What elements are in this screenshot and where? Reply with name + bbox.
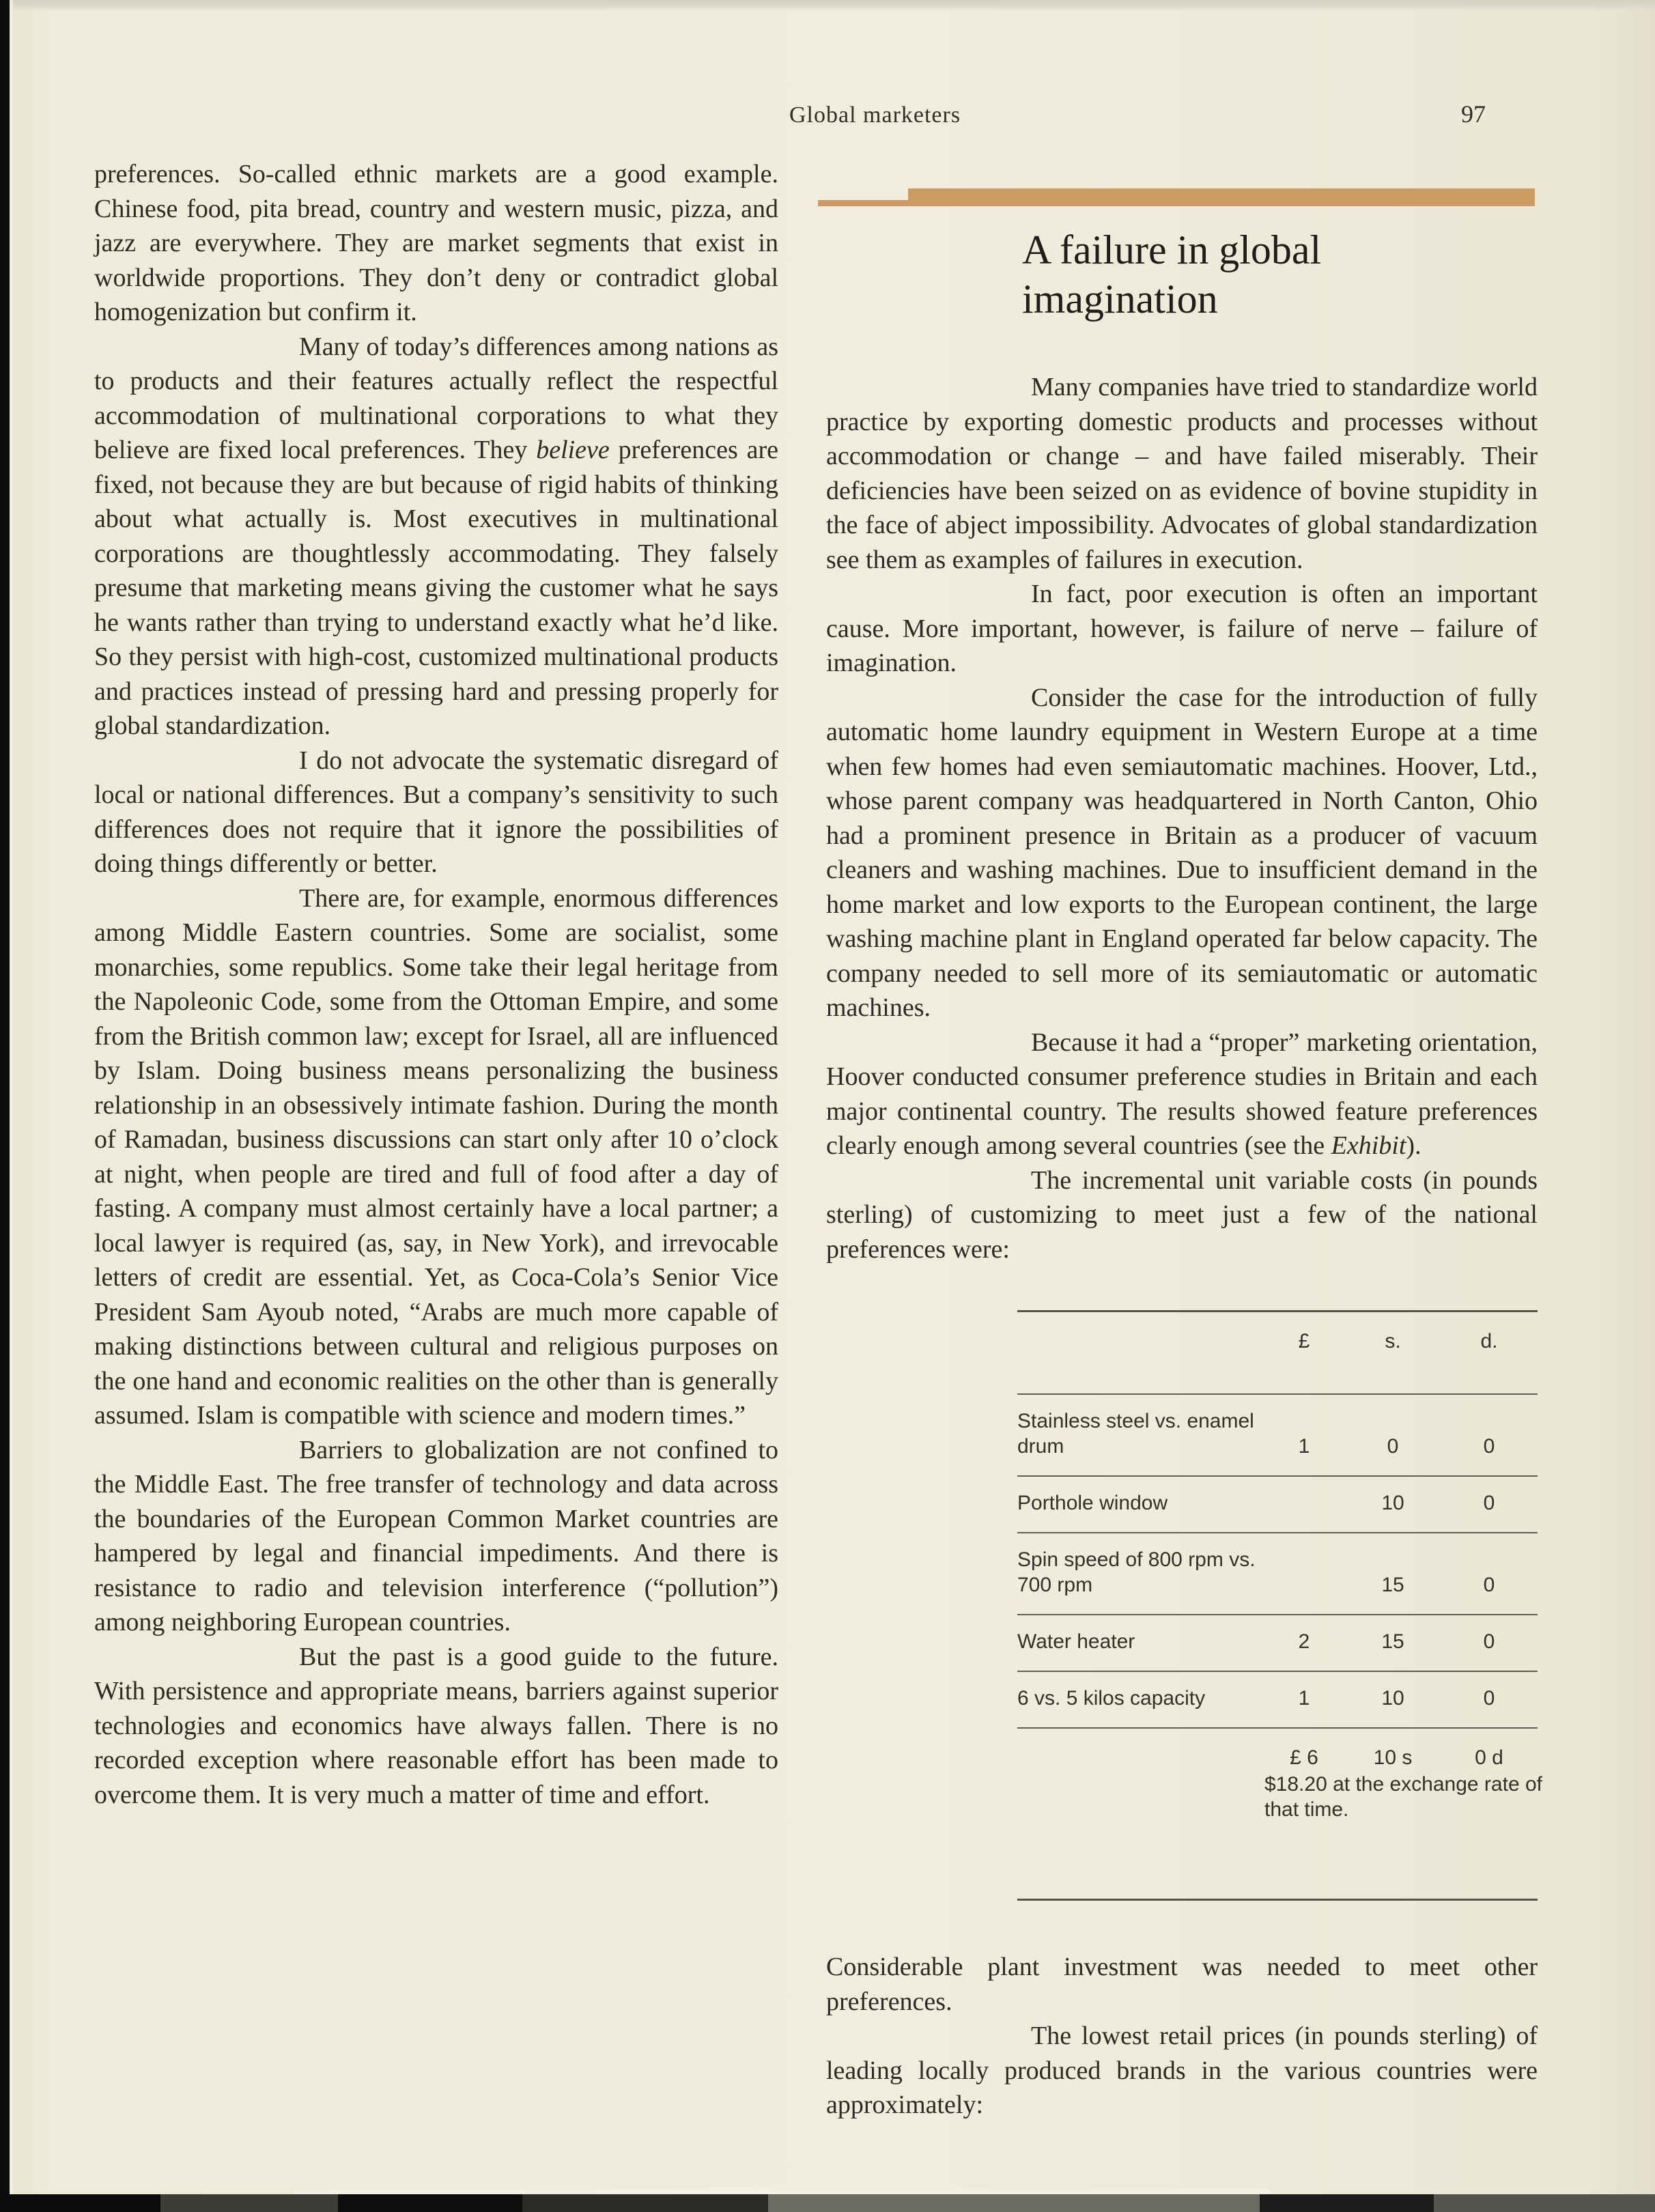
- row-label: Spin speed of 800 rpm vs. 700 rpm: [1017, 1547, 1263, 1598]
- shillings-cell: 0: [1345, 1434, 1441, 1459]
- table-footer: £ 6 10 s 0 d $18.20 at the exchange rate…: [1017, 1727, 1538, 1822]
- table-rows: Stainless steel vs. enamel drum100Portho…: [1017, 1393, 1538, 1727]
- scan-left-edge: [0, 0, 10, 2212]
- table-row: Porthole window100: [1017, 1475, 1538, 1532]
- total-pounds: £ 6: [1263, 1745, 1345, 1770]
- shillings-cell: 15: [1345, 1629, 1441, 1654]
- total-shillings: 10 s: [1345, 1745, 1441, 1770]
- shillings-cell: 10: [1345, 1686, 1441, 1711]
- left-column: preferences. So-called ethnic markets ar…: [94, 157, 778, 1812]
- pence-cell: 0: [1441, 1434, 1538, 1459]
- row-label: Water heater: [1017, 1629, 1263, 1654]
- sidebar-column: Many companies have tried to standardize…: [826, 370, 1538, 2123]
- header-pence: d.: [1441, 1329, 1538, 1354]
- sidebar-body-after-table: Considerable plant investment was needed…: [826, 1950, 1538, 2123]
- table-row: Water heater2150: [1017, 1614, 1538, 1671]
- sidebar-accent-rule: [818, 188, 1535, 206]
- sidebar-accent-rule-thin: [818, 200, 908, 206]
- pence-cell: 0: [1441, 1686, 1538, 1711]
- paragraph: Considerable plant investment was needed…: [826, 1950, 1538, 2019]
- table-row: Stainless steel vs. enamel drum100: [1017, 1393, 1538, 1475]
- header-label-cell: [1017, 1329, 1263, 1354]
- running-head: Global marketers: [789, 102, 961, 128]
- table-row: 6 vs. 5 kilos capacity1100: [1017, 1671, 1538, 1727]
- paragraph: I do not advocate the systematic disrega…: [94, 743, 778, 881]
- scanned-page: Global marketers 97 preferences. So-call…: [0, 0, 1655, 2212]
- paragraph: In fact, poor execution is often an impo…: [826, 577, 1538, 681]
- pounds-cell: 2: [1263, 1629, 1345, 1654]
- sidebar-accent-rule-thick: [908, 188, 1535, 206]
- paragraph: Consider the case for the introduction o…: [826, 681, 1538, 1025]
- scan-bottom-edge: [0, 2194, 1655, 2212]
- row-label: Stainless steel vs. enamel drum: [1017, 1408, 1263, 1459]
- paragraph: Many companies have tried to standardize…: [826, 370, 1538, 577]
- sidebar-title: A failure in global imagination: [1022, 225, 1473, 324]
- exhibit-cost-table: £ s. d. Stainless steel vs. enamel drum1…: [1017, 1310, 1538, 1901]
- table-row: Spin speed of 800 rpm vs. 700 rpm150: [1017, 1532, 1538, 1614]
- paragraph: But the past is a good guide to the futu…: [94, 1640, 778, 1813]
- page-number: 97: [1461, 100, 1486, 128]
- row-label: 6 vs. 5 kilos capacity: [1017, 1686, 1263, 1711]
- pounds-cell: 1: [1263, 1686, 1345, 1711]
- shillings-cell: 10: [1345, 1490, 1441, 1516]
- paragraph: Barriers to globalization are not confin…: [94, 1433, 778, 1640]
- row-label: Porthole window: [1017, 1490, 1263, 1516]
- pence-cell: 0: [1441, 1572, 1538, 1598]
- exchange-rate-note: $18.20 at the exchange rate of that time…: [1264, 1772, 1551, 1822]
- scan-top-edge: [10, 0, 1655, 11]
- header-pounds: £: [1263, 1329, 1345, 1354]
- paragraph: The incremental unit variable costs (in …: [826, 1163, 1538, 1267]
- header-shillings: s.: [1345, 1329, 1441, 1354]
- shillings-cell: 15: [1345, 1572, 1441, 1598]
- sidebar-body: Many companies have tried to standardize…: [826, 370, 1538, 1266]
- pence-cell: 0: [1441, 1629, 1538, 1654]
- scan-bottom-highlight: [294, 2189, 1270, 2194]
- paragraph: preferences. So-called ethnic markets ar…: [94, 157, 778, 330]
- pounds-cell: 1: [1263, 1434, 1345, 1459]
- paragraph: Many of today’s differences among nation…: [94, 330, 778, 743]
- paragraph: Because it had a “proper” marketing orie…: [826, 1025, 1538, 1163]
- paragraph: There are, for example, enormous differe…: [94, 881, 778, 1433]
- total-pence: 0 d: [1441, 1745, 1538, 1770]
- pence-cell: 0: [1441, 1490, 1538, 1516]
- table-header-row: £ s. d.: [1017, 1310, 1538, 1393]
- paragraph: The lowest retail prices (in pounds ster…: [826, 2019, 1538, 2123]
- scan-left-edge-highlight: [10, 0, 13, 2212]
